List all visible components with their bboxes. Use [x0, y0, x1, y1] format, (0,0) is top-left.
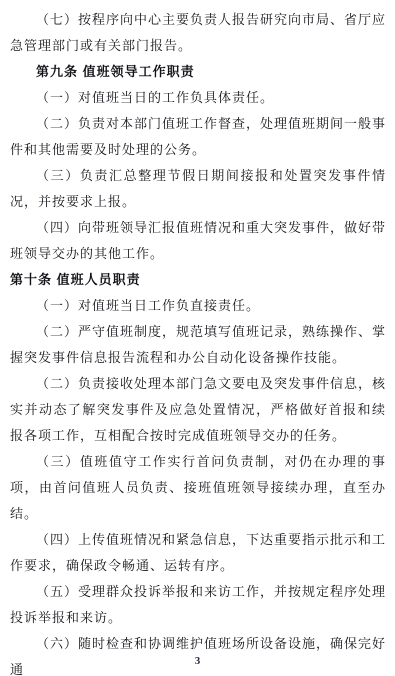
paragraph: （二）负责接收处理本部门急文要电及突发事件信息，核实并动态了解突发事件及应急处置…: [10, 371, 386, 449]
paragraph: （二）负责对本部门值班工作督查，处理值班期间一般事件和其他需要及时处理的公务。: [10, 111, 386, 163]
document-page: （七）按程序向中心主要负责人报告研究向市局、省厅应急管理部门或有关部门报告。 第…: [0, 0, 395, 676]
paragraph: （七）按程序向中心主要负责人报告研究向市局、省厅应急管理部门或有关部门报告。: [10, 7, 386, 59]
paragraph: （四）上传值班情况和紧急信息，下达重要指示批示和工作要求，确保政令畅通、运转有序…: [10, 527, 386, 579]
paragraph: （四）向带班领导汇报值班情况和重大突发事件，做好带班领导交办的其他工作。: [10, 215, 386, 267]
article-heading-10: 第十条 值班人员职责: [10, 267, 386, 293]
article-heading-9: 第九条 值班领导工作职责: [10, 59, 386, 85]
paragraph: （一）对值班当日的工作负具体责任。: [10, 85, 386, 111]
page-number: 3: [0, 655, 395, 667]
paragraph: （二）严守值班制度，规范填写值班记录，熟练操作、掌握突发事件信息报告流程和办公自…: [10, 319, 386, 371]
paragraph: （六）随时检查和协调维护值班场所设备设施，确保完好通: [10, 631, 386, 676]
paragraph: （五）受理群众投诉举报和来访工作，并按规定程序处理投诉举报和来访。: [10, 579, 386, 631]
document-body: （七）按程序向中心主要负责人报告研究向市局、省厅应急管理部门或有关部门报告。 第…: [0, 0, 395, 676]
paragraph: （一）对值班当日工作负直接责任。: [10, 293, 386, 319]
paragraph: （三）负责汇总整理节假日期间接报和处置突发事件情况，并按要求上报。: [10, 163, 386, 215]
paragraph: （三）值班值守工作实行首问负责制，对仍在办理的事项，由首问值班人员负责、接班值班…: [10, 449, 386, 527]
